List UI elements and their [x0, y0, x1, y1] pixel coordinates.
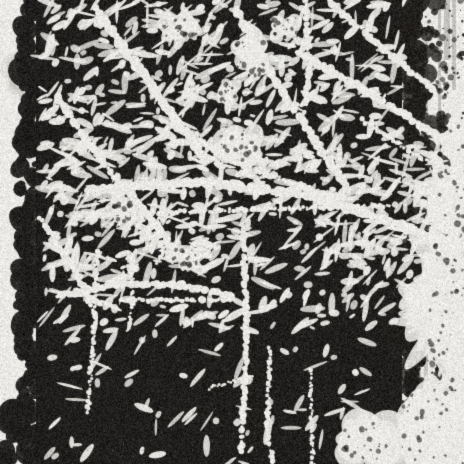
artwork-canvas — [0, 0, 464, 464]
abstract-ink-print — [0, 0, 464, 464]
